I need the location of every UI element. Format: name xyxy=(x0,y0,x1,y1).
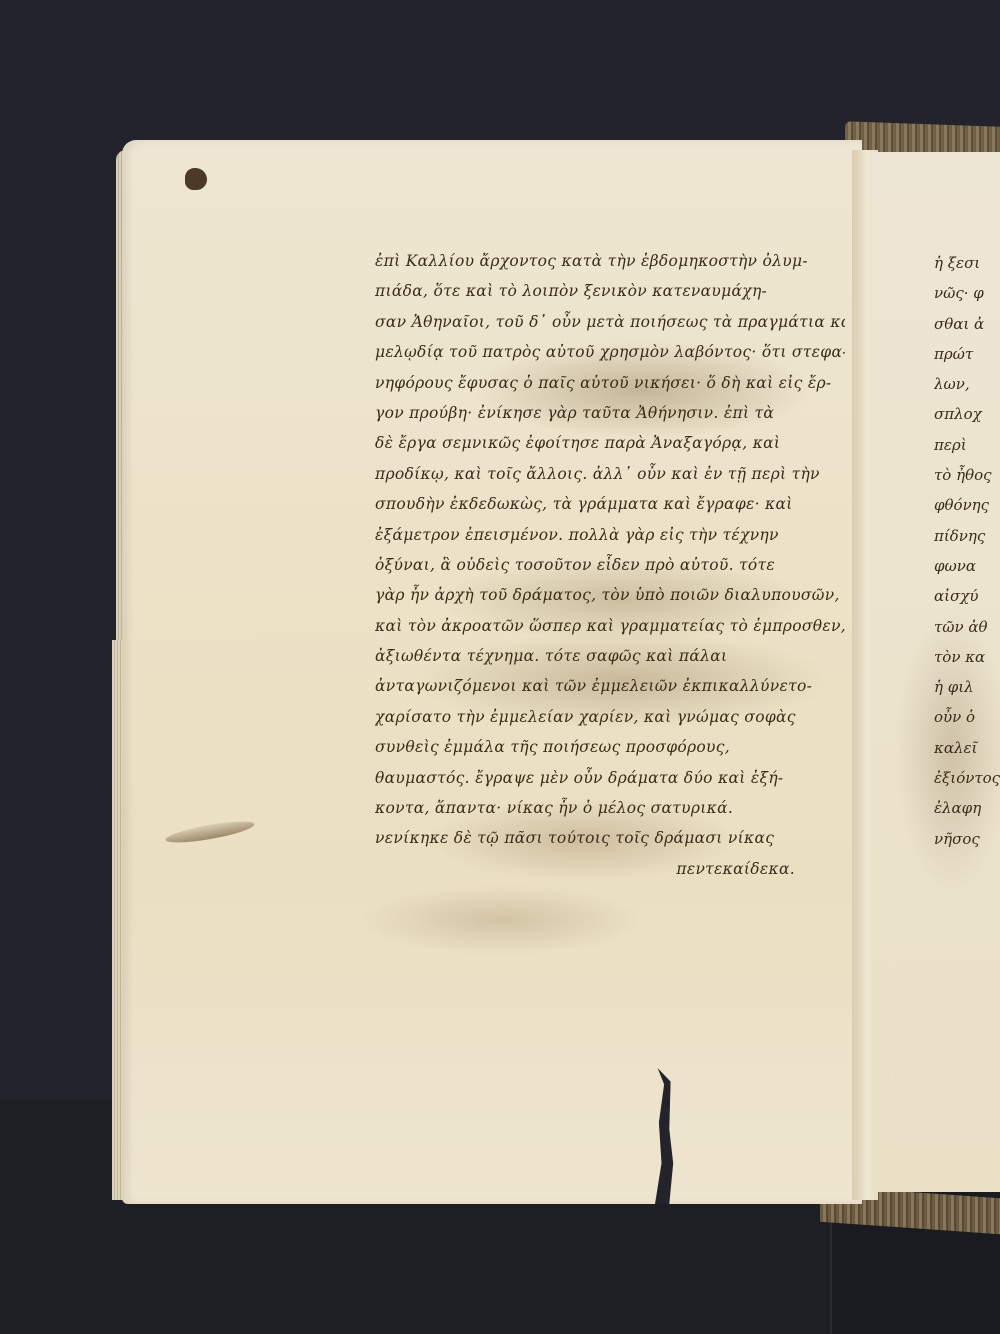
text-line: νῶς· φ xyxy=(934,278,1000,308)
text-line: πιάδα, ὅτε καὶ τὸ λοιπὸν ξενικὸν κατεναυ… xyxy=(375,276,845,306)
text-line: ἡ φιλ xyxy=(934,672,1000,702)
text-line: καὶ τὸν ἀκροατῶν ὥσπερ καὶ γραμματείας τ… xyxy=(375,611,845,641)
text-line: φωνα xyxy=(934,551,1000,581)
text-line: ἐξιόντος xyxy=(934,763,1000,793)
text-line-final: πεντεκαίδεκα. xyxy=(375,854,845,884)
text-line: σαν Ἀθηναῖοι, τοῦ δ᾽ οὖν μετὰ ποιήσεως τ… xyxy=(375,307,845,337)
text-line: φθόνης xyxy=(934,490,1000,520)
text-line: καλεῖ xyxy=(934,733,1000,763)
text-line: ἐξάμετρον ἐπεισμένον. πολλὰ γὰρ εἰς τὴν … xyxy=(375,520,845,550)
text-line: τὸ ἦθος xyxy=(934,460,1000,490)
text-line: σθαι ἀ xyxy=(934,309,1000,339)
text-line: αἰσχύ xyxy=(934,581,1000,611)
text-line: σπουδὴν ἐκδεδωκὼς, τὰ γράμματα καὶ ἔγραφ… xyxy=(375,489,845,519)
text-line: ὀξύναι, ἃ οὐδεὶς τοσοῦτον εἶδεν πρὸ αὐτο… xyxy=(375,550,845,580)
left-page-text: ἐπὶ Καλλίου ἄρχοντος κατὰ τὴν ἑβδομηκοστ… xyxy=(375,246,845,884)
text-line: κοντα, ἅπαντα· νίκας ἦν ὁ μέλος σατυρικά… xyxy=(375,793,845,823)
text-line: γον προύβη· ἐνίκησε γὰρ ταῦτα Ἀθήνησιν. … xyxy=(375,398,845,428)
text-line: πρώτ xyxy=(934,339,1000,369)
text-line: ἀξιωθέντα τέχνημα. τότε σαφῶς καὶ πάλαι xyxy=(375,641,845,671)
text-line: τῶν ἀθ xyxy=(934,612,1000,642)
text-line: δὲ ἔργα σεμνικῶς ἐφοίτησε παρὰ Ἀναξαγόρᾳ… xyxy=(375,428,845,458)
text-line: γὰρ ἦν ἀρχὴ τοῦ δράματος, τὸν ὑπὸ ποιῶν … xyxy=(375,580,845,610)
text-line: θαυμαστός. ἔγραψε μὲν οὖν δράματα δύο κα… xyxy=(375,763,845,793)
text-line: τὸν κα xyxy=(934,642,1000,672)
text-line: λων, xyxy=(934,369,1000,399)
text-line: νενίκηκε δὲ τῷ πᾶσι τούτοις τοῖς δράμασι… xyxy=(375,823,845,853)
text-line: ἡ ξεσι xyxy=(934,248,1000,278)
text-line: περὶ xyxy=(934,430,1000,460)
text-line: χαρίσατο τὴν ἐμμελείαν χαρίεν, καὶ γνώμα… xyxy=(375,702,845,732)
text-line: οὖν ὁ xyxy=(934,702,1000,732)
text-line: ἐλαφη xyxy=(934,793,1000,823)
text-line: νηφόρους ἔφυσας ὁ παῖς αὐτοῦ νικήσει· ὅ … xyxy=(375,368,845,398)
text-line: μελῳδίᾳ τοῦ πατρὸς αὐτοῦ χρησμὸν λαβόντο… xyxy=(375,337,845,367)
text-line: ἀνταγωνιζόμενοι καὶ τῶν ἐμμελειῶν ἐκπικα… xyxy=(375,671,845,701)
text-line: ἐπὶ Καλλίου ἄρχοντος κατὰ τὴν ἑβδομηκοστ… xyxy=(375,246,845,276)
text-line: σπλοχ xyxy=(934,399,1000,429)
right-page-text: ἡ ξεσι νῶς· φ σθαι ἀ πρώτ λων, σπλοχ περ… xyxy=(934,248,1000,854)
text-line: πίδνης xyxy=(934,521,1000,551)
text-line: νῆσος xyxy=(934,824,1000,854)
text-line: προδίκῳ, καὶ τοῖς ἄλλοις. ἀλλ᾽ οὖν καὶ ἐ… xyxy=(375,459,845,489)
ink-blot-stain xyxy=(185,168,207,190)
text-line: συνθεὶς ἐμμάλα τῆς ποιήσεως προσφόρους, xyxy=(375,732,845,762)
